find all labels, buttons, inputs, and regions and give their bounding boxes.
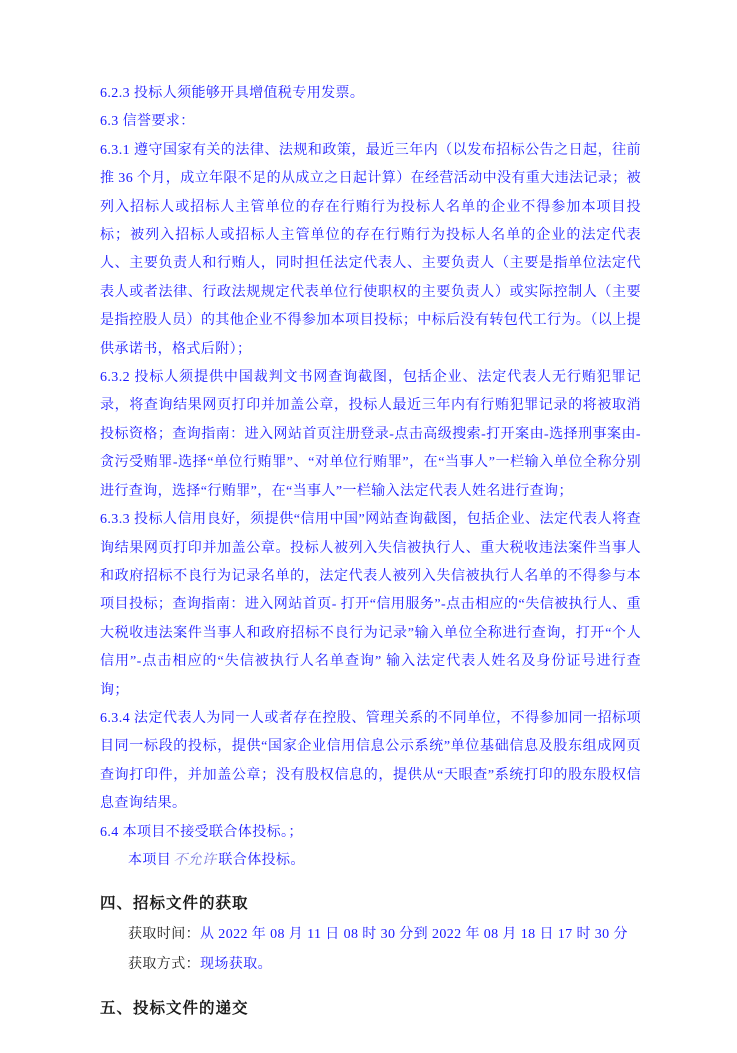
- section-5-heading: 五、投标文件的递交: [100, 994, 641, 1024]
- joint-bid-note-emphasis: 不允许: [171, 853, 218, 868]
- acquisition-method-row: 获取方式：现场获取。: [100, 950, 641, 980]
- clause-6-4: 6.4 本项目不接受联合体投标。；: [100, 819, 641, 847]
- acquisition-method-value: 现场获取。: [200, 957, 272, 972]
- acquisition-method-label: 获取方式：: [128, 957, 200, 972]
- clause-6-3-2: 6.3.2 投标人须提供中国裁判文书网查询截图，包括企业、法定代表人无行贿犯罪记…: [100, 364, 641, 506]
- clause-6-3: 6.3 信誉要求：: [100, 108, 641, 136]
- clause-6-3-1: 6.3.1 遵守国家有关的法律、法规和政策，最近三年内（以发布招标公告之日起，往…: [100, 137, 641, 364]
- section-4-heading: 四、招标文件的获取: [100, 889, 641, 919]
- acquisition-time-label: 获取时间：: [128, 927, 200, 942]
- clause-6-2-3: 6.2.3 投标人须能够开具增值税专用发票。: [100, 80, 641, 108]
- clause-6-3-4: 6.3.4 法定代表人为同一人或者存在控股、管理关系的不同单位，不得参加同一招标…: [100, 705, 641, 819]
- acquisition-time-value: 从 2022 年 08 月 11 日 08 时 30 分到 2022 年 08 …: [200, 927, 628, 942]
- joint-bid-note: 本项目不允许联合体投标。: [100, 847, 641, 875]
- joint-bid-note-prefix: 本项目: [128, 853, 171, 868]
- acquisition-time-row: 获取时间：从 2022 年 08 月 11 日 08 时 30 分到 2022 …: [100, 920, 641, 950]
- joint-bid-note-suffix: 联合体投标。: [218, 853, 304, 868]
- clause-6-3-3: 6.3.3 投标人信用良好，须提供“信用中国”网站查询截图，包括企业、法定代表人…: [100, 506, 641, 705]
- tender-document-page: 6.2.3 投标人须能够开具增值税专用发票。 6.3 信誉要求： 6.3.1 遵…: [0, 0, 737, 1053]
